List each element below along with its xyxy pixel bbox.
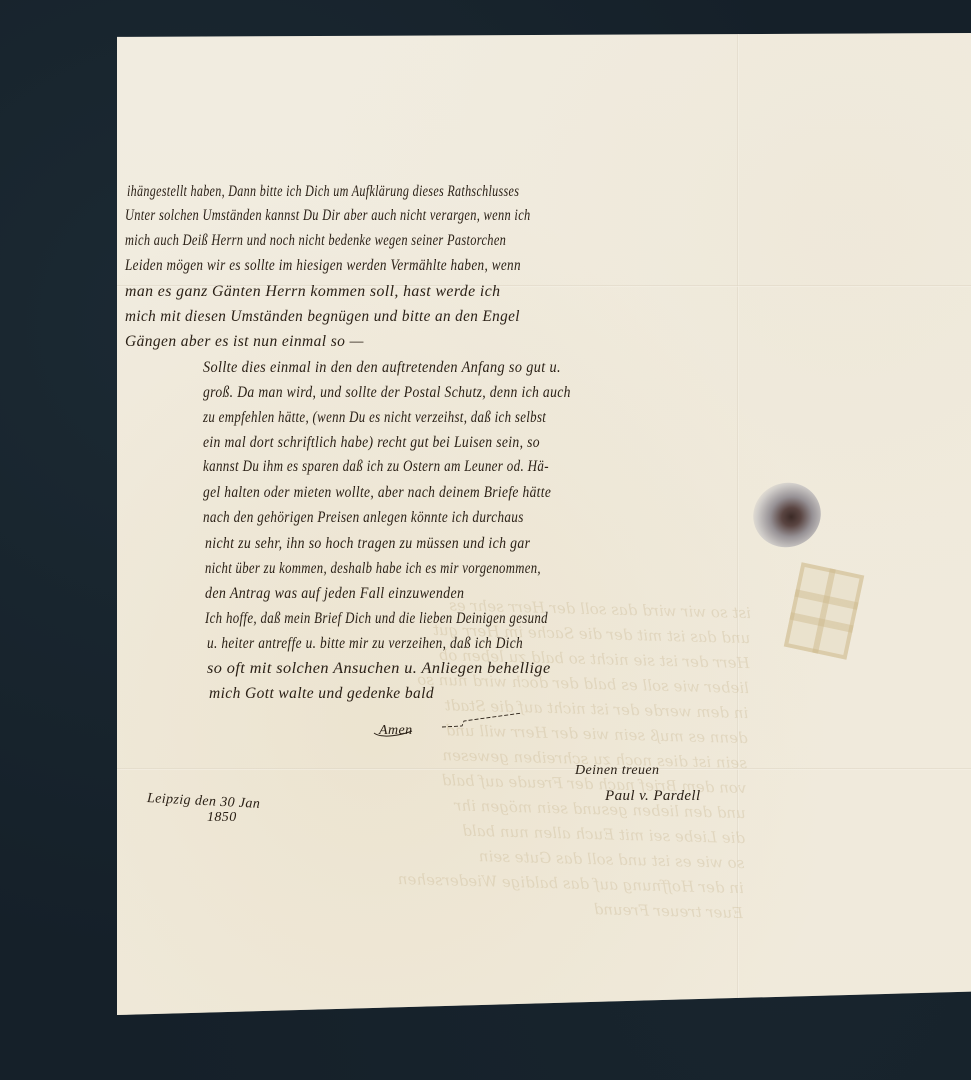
letter-line: Sollte dies einmal in den den auftretend… — [203, 359, 561, 377]
letter-line: zu empfehlen hätte, (wenn Du es nicht ve… — [203, 409, 546, 427]
letter-line: ihängestellt haben, Dann bitte ich Dich … — [127, 183, 519, 201]
letter-line: nicht zu sehr, ihn so hoch tragen zu müs… — [205, 535, 530, 553]
letter-line: u. heiter antreffe u. bitte mir zu verze… — [207, 635, 523, 653]
signature: Paul v. Pardell — [605, 788, 701, 805]
letter-line: so oft mit solchen Ansuchen u. Anliegen … — [207, 660, 551, 678]
ink-stain — [744, 473, 830, 556]
letter-line: mich mit diesen Umständen begnügen und b… — [125, 308, 520, 326]
closing-flourish-icon — [372, 711, 532, 741]
letter-line: groß. Da man wird, und sollte der Postal… — [203, 384, 571, 402]
letter-sheet: ist so wir wird das soll der Herr sehr e… — [117, 33, 971, 1015]
letter-line: nicht über zu kommen, deshalb habe ich e… — [205, 560, 541, 578]
letter-line: gel halten oder mieten wollte, aber nach… — [203, 484, 551, 502]
letter-line: kannst Du ihm es sparen daß ich zu Oster… — [203, 458, 549, 476]
letter-line: Gängen aber es ist nun einmal so — — [125, 333, 364, 351]
letter-line: ein mal dort schriftlich habe) recht gut… — [203, 434, 540, 452]
archive-stamp — [784, 562, 864, 659]
letter-line: mich auch Deiß Herrn und noch nicht bede… — [125, 232, 506, 250]
letter-line: nach den gehörigen Preisen anlegen könnt… — [203, 509, 524, 527]
letter-line: Ich hoffe, daß mein Brief Dich und die l… — [205, 610, 548, 628]
letter-line: Unter solchen Umständen kannst Du Dir ab… — [125, 207, 531, 225]
letter-line: den Antrag was auf jeden Fall einzuwende… — [205, 585, 464, 603]
letter-line: Leiden mögen wir es sollte im hiesigen w… — [125, 257, 521, 275]
letter-line: mich Gott walte und gedenke bald — [209, 685, 434, 703]
year: 1850 — [207, 810, 237, 826]
valediction: Deinen treuen — [575, 763, 659, 779]
letter-line: man es ganz Gänten Herrn kommen soll, ha… — [125, 283, 500, 301]
